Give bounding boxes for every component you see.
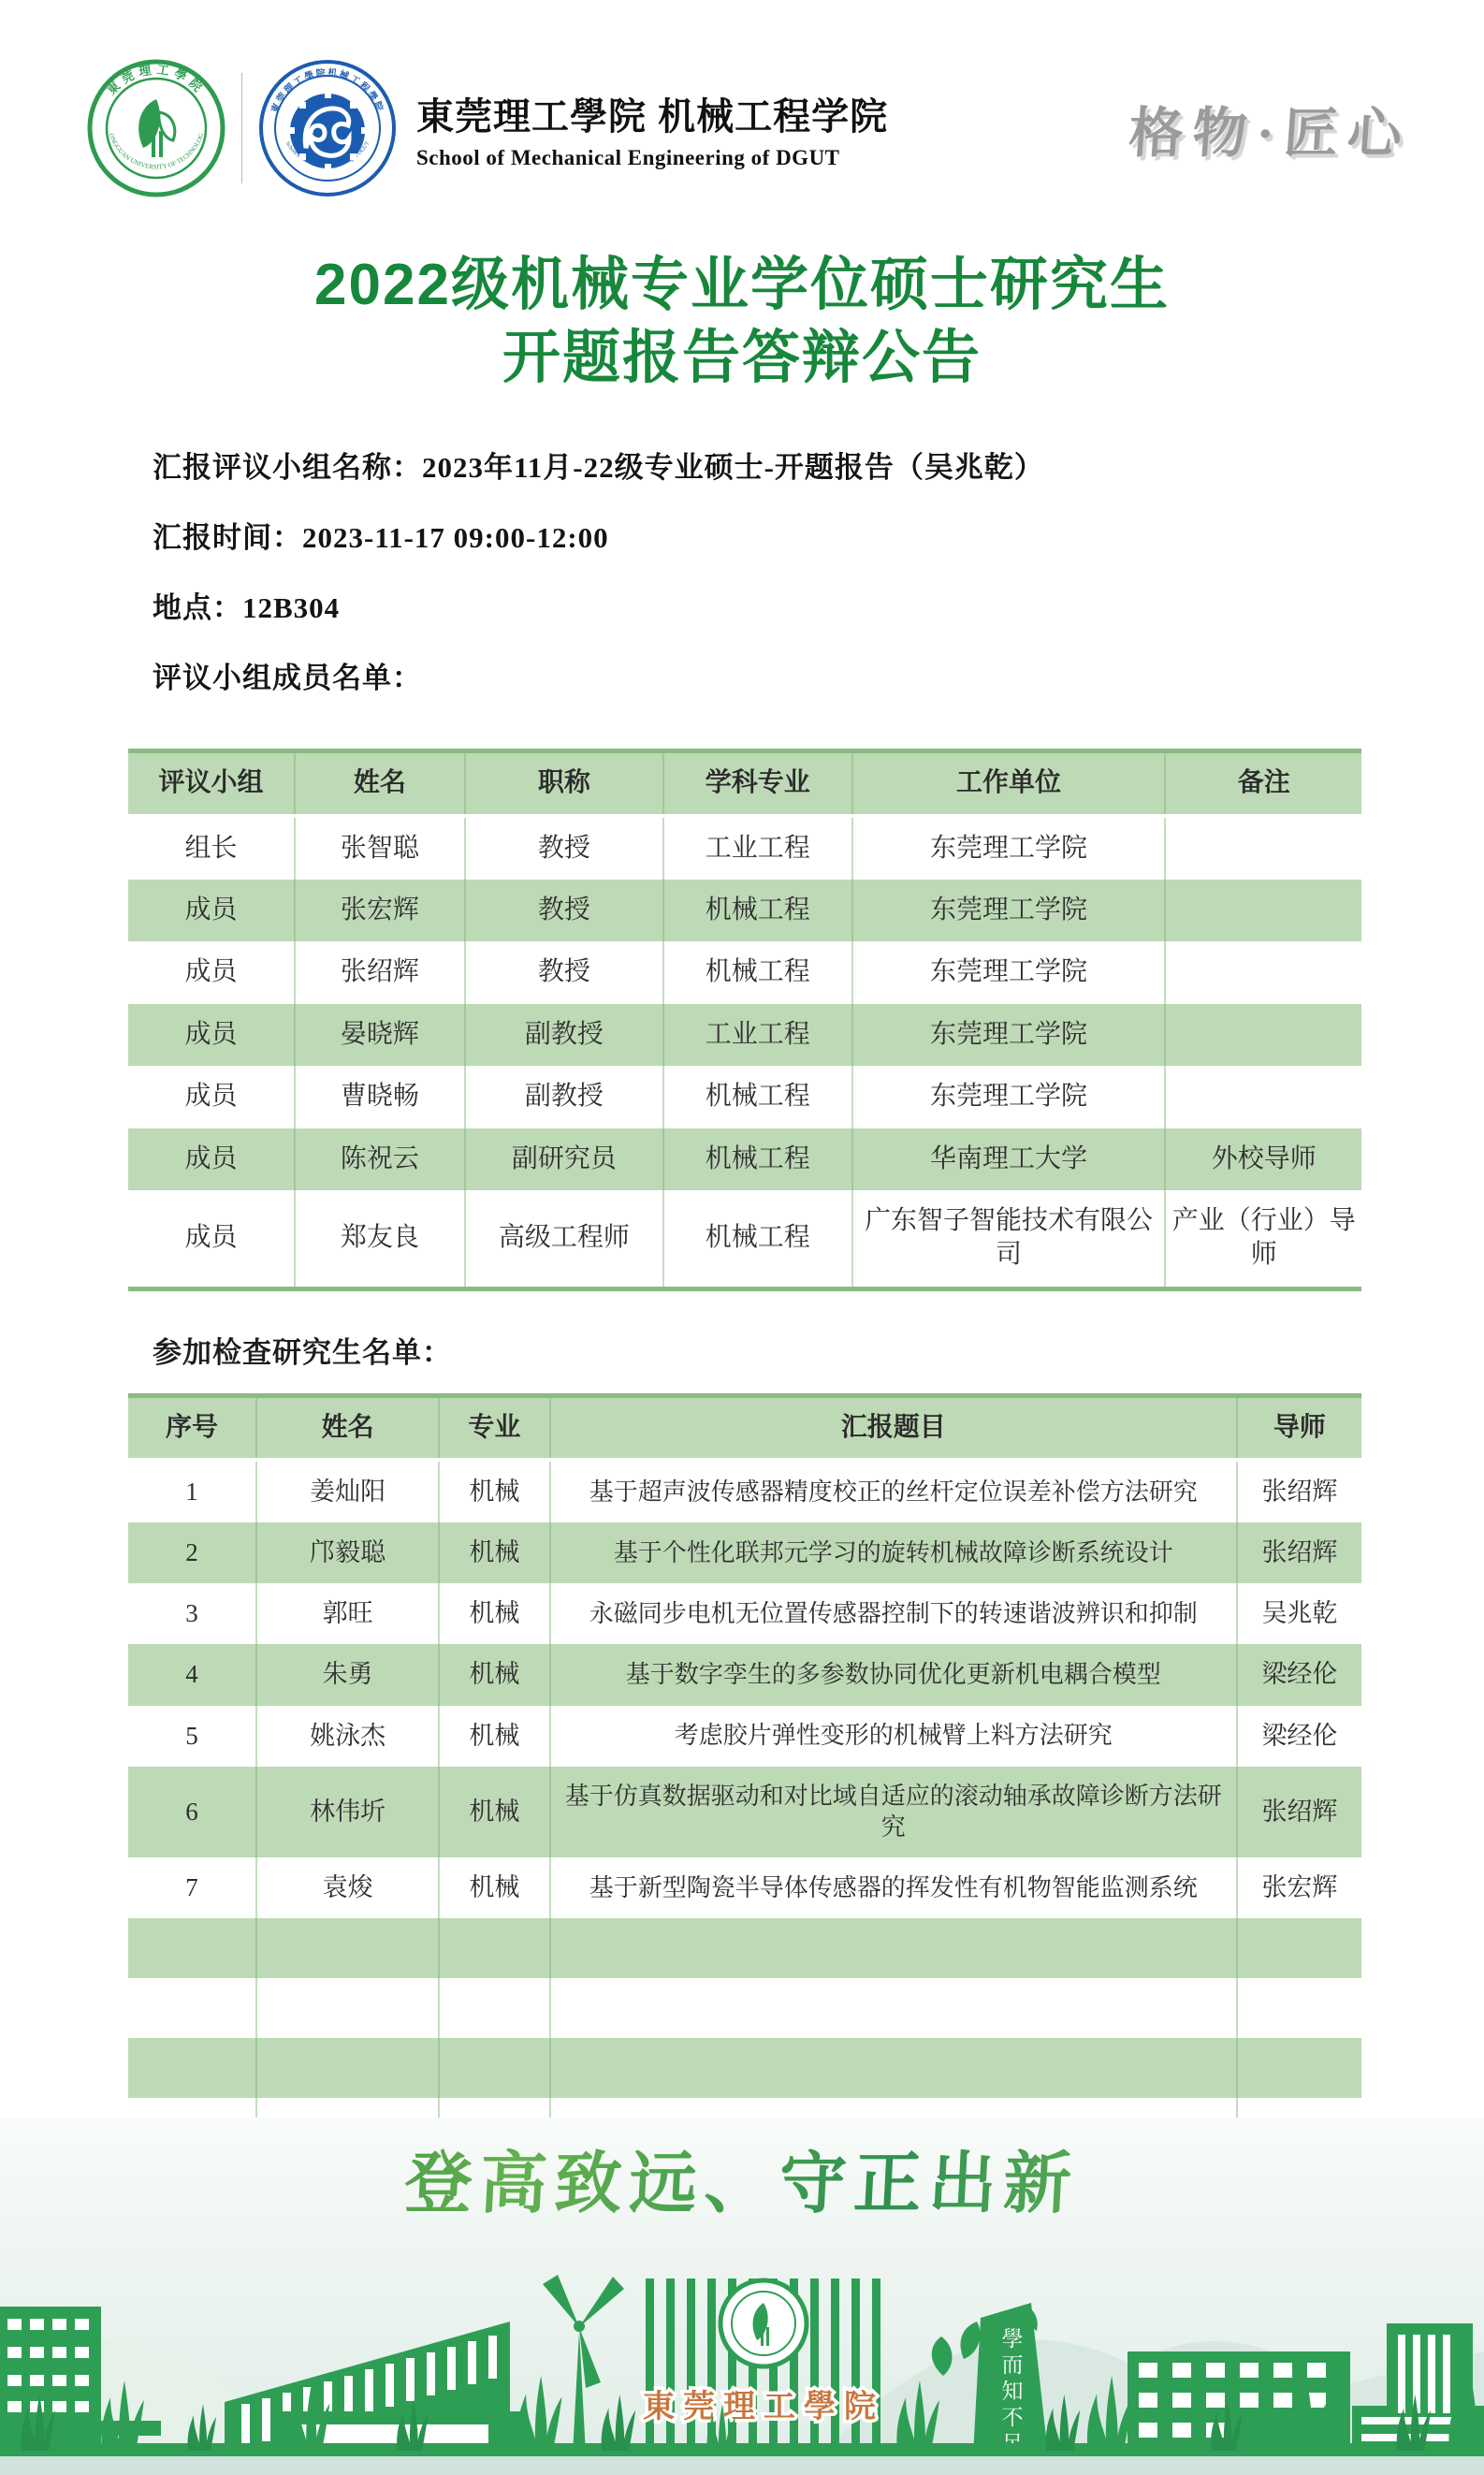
table-row: 成员曹晓畅副教授机械工程东莞理工学院 xyxy=(128,1066,1361,1128)
table-cell: 副研究员 xyxy=(465,1128,663,1190)
table-cell: 基于个性化联邦元学习的旋转机械故障诊断系统设计 xyxy=(550,1522,1237,1583)
column-header: 序号 xyxy=(128,1395,256,1460)
logo-divider xyxy=(241,73,242,183)
meeting-info: 汇报评议小组名称：2023年11月-22级专业硕士-开题报告（吴兆乾） 汇报时间… xyxy=(153,444,1484,696)
table-cell: 姜灿阳 xyxy=(256,1460,439,1522)
table-row: 1姜灿阳机械基于超声波传感器精度校正的丝杆定位误差补偿方法研究张绍辉 xyxy=(128,1460,1361,1522)
table-cell: 基于新型陶瓷半导体传感器的挥发性有机物智能监测系统 xyxy=(550,1857,1237,1918)
table-cell: 成员 xyxy=(128,941,295,1003)
column-header: 专业 xyxy=(439,1395,550,1460)
gate-emblem-icon xyxy=(720,2280,807,2366)
page-header: 東莞理工學院 DONGGUAN UNIVERSITY OF TECHNOLOGY xyxy=(0,0,1484,198)
table-cell: 5 xyxy=(128,1706,256,1767)
column-header: 学科专业 xyxy=(663,751,852,816)
table-cell: 机械 xyxy=(439,1767,550,1858)
table-cell: 东莞理工学院 xyxy=(852,941,1166,1003)
committee-table: 评议小组姓名职称学科专业工作单位备注组长张智聪教授工业工程东莞理工学院成员张宏辉… xyxy=(128,749,1361,1291)
table-cell: 机械 xyxy=(439,1583,550,1644)
location-label: 地点： xyxy=(153,591,242,624)
table-row: 成员陈祝云副研究员机械工程华南理工大学外校导师 xyxy=(128,1128,1361,1190)
table-cell xyxy=(1165,1066,1361,1128)
campus-gate: 東莞理工學院 xyxy=(643,2278,884,2454)
table-row: 5姚泳杰机械考虑胶片弹性变形的机械臂上料方法研究梁经伦 xyxy=(128,1706,1361,1767)
group-name-line: 汇报评议小组名称：2023年11月-22级专业硕士-开题报告（吴兆乾） xyxy=(153,444,1484,486)
table-cell: 教授 xyxy=(465,880,663,941)
table-cell xyxy=(1165,941,1361,1003)
table-cell: 梁经伦 xyxy=(1237,1706,1361,1767)
table-cell xyxy=(256,1918,439,1978)
table-cell: 7 xyxy=(128,1857,256,1918)
column-header: 姓名 xyxy=(295,751,465,816)
table-cell: 成员 xyxy=(128,1004,295,1066)
table-cell xyxy=(550,1978,1237,2038)
table-row: 成员郑友良高级工程师机械工程广东智子智能技术有限公司产业（行业）导师 xyxy=(128,1190,1361,1288)
table-cell: 张宏辉 xyxy=(295,880,465,941)
table-cell: 产业（行业）导师 xyxy=(1165,1190,1361,1288)
table-cell: 机械工程 xyxy=(663,941,852,1003)
table-cell xyxy=(128,1978,256,2038)
table-row: 3郭旺机械永磁同步电机无位置传感器控制下的转速谐波辨识和抑制吴兆乾 xyxy=(128,1583,1361,1644)
building-hall xyxy=(225,2322,522,2454)
mech-logo-gear-icon xyxy=(288,92,368,170)
table-cell: 基于仿真数据驱动和对比域自适应的滚动轴承故障诊断方法研究 xyxy=(550,1767,1237,1858)
table-cell: 基于数字孪生的多参数协同优化更新机电耦合模型 xyxy=(550,1644,1237,1705)
table-cell: 6 xyxy=(128,1767,256,1858)
monument-text: 學而知不足 xyxy=(999,2327,1024,2458)
table-cell xyxy=(256,1978,439,2038)
empty-table-row xyxy=(128,1978,1361,2038)
time-label: 汇报时间： xyxy=(153,521,302,554)
table-row: 7袁焌机械基于新型陶瓷半导体传感器的挥发性有机物智能监测系统张宏辉 xyxy=(128,1857,1361,1918)
ground-band xyxy=(0,2443,1484,2456)
table-cell xyxy=(128,2038,256,2098)
table-row: 4朱勇机械基于数字孪生的多参数协同优化更新机电耦合模型梁经伦 xyxy=(128,1644,1361,1705)
table-cell: 工业工程 xyxy=(663,1004,852,1066)
monument-stone: 學而知不足 xyxy=(973,2303,1048,2458)
table-cell xyxy=(439,2038,550,2098)
table-cell: 姚泳杰 xyxy=(256,1706,439,1767)
table-cell: 1 xyxy=(128,1460,256,1522)
column-header: 职称 xyxy=(465,751,663,816)
dgut-logo: 東莞理工學院 DONGGUAN UNIVERSITY OF TECHNOLOGY xyxy=(86,58,226,198)
announcement-poster: 東莞理工學院 DONGGUAN UNIVERSITY OF TECHNOLOGY xyxy=(0,0,1484,2161)
table-cell: 教授 xyxy=(465,816,663,880)
table-cell xyxy=(256,2038,439,2098)
table-cell xyxy=(1237,2038,1361,2098)
table-cell: 张宏辉 xyxy=(1237,1857,1361,1918)
students-table: 序号姓名专业汇报题目导师1姜灿阳机械基于超声波传感器精度校正的丝杆定位误差补偿方… xyxy=(128,1393,1361,2161)
table-cell: 外校导师 xyxy=(1165,1128,1361,1190)
location-value: 12B304 xyxy=(242,591,340,624)
bottom-strip xyxy=(0,2456,1484,2475)
school-names: 東莞理工學院 机械工程学院 School of Mechanical Engin… xyxy=(416,87,888,170)
table-cell: 工业工程 xyxy=(663,816,852,880)
table-cell: 东莞理工学院 xyxy=(852,880,1166,941)
table-cell: 副教授 xyxy=(465,1066,663,1128)
table-cell: 永磁同步电机无位置传感器控制下的转速谐波辨识和抑制 xyxy=(550,1583,1237,1644)
table-cell: 机械工程 xyxy=(663,880,852,941)
table-cell: 晏晓辉 xyxy=(295,1004,465,1066)
table-cell: 朱勇 xyxy=(256,1644,439,1705)
table-cell: 机械工程 xyxy=(663,1190,852,1288)
table-row: 组长张智聪教授工业工程东莞理工学院 xyxy=(128,816,1361,880)
table-header-row: 序号姓名专业汇报题目导师 xyxy=(128,1395,1361,1460)
table-cell: 林伟圻 xyxy=(256,1767,439,1858)
table-cell xyxy=(439,1918,550,1978)
table-cell: 郑友良 xyxy=(295,1190,465,1288)
table-cell: 机械工程 xyxy=(663,1066,852,1128)
table-cell: 组长 xyxy=(128,816,295,880)
column-header: 评议小组 xyxy=(128,751,295,816)
table-cell xyxy=(439,1978,550,2038)
time-line: 汇报时间：2023-11-17 09:00-12:00 xyxy=(153,514,1484,556)
table-cell: 机械 xyxy=(439,1522,550,1583)
table-cell: 机械 xyxy=(439,1460,550,1522)
table-cell: 张智聪 xyxy=(295,816,465,880)
decorative-footer: 登高致远、守正出新 xyxy=(0,2118,1484,2475)
page-title-line1: 2022级机械专业学位硕士研究生 xyxy=(0,249,1484,322)
committee-heading: 评议小组成员名单： xyxy=(153,654,1484,696)
table-cell: 高级工程师 xyxy=(465,1190,663,1288)
table-cell xyxy=(1165,1004,1361,1066)
footer-calligraphy: 登高致远、守正出新 xyxy=(0,2129,1484,2226)
table-row: 成员张绍辉教授机械工程东莞理工学院 xyxy=(128,941,1361,1003)
table-cell: 副教授 xyxy=(465,1004,663,1066)
table-cell: 机械工程 xyxy=(663,1128,852,1190)
table-cell: 张绍辉 xyxy=(295,941,465,1003)
empty-table-row xyxy=(128,2038,1361,2098)
table-cell: 广东智子智能技术有限公司 xyxy=(852,1190,1166,1288)
table-cell: 张绍辉 xyxy=(1237,1460,1361,1522)
table-cell: 张绍辉 xyxy=(1237,1767,1361,1858)
table-cell: 东莞理工学院 xyxy=(852,816,1166,880)
table-row: 成员晏晓辉副教授工业工程东莞理工学院 xyxy=(128,1004,1361,1066)
table-row: 6林伟圻机械基于仿真数据驱动和对比域自适应的滚动轴承故障诊断方法研究张绍辉 xyxy=(128,1767,1361,1858)
table-cell: 邝毅聪 xyxy=(256,1522,439,1583)
table-cell: 机械 xyxy=(439,1644,550,1705)
page-title: 2022级机械专业学位硕士研究生 开题报告答辩公告 xyxy=(0,249,1484,395)
table-cell: 成员 xyxy=(128,1128,295,1190)
students-heading: 参加检查研究生名单： xyxy=(153,1329,1484,1371)
table-header-row: 评议小组姓名职称学科专业工作单位备注 xyxy=(128,751,1361,816)
table-cell: 成员 xyxy=(128,1190,295,1288)
table-row: 成员张宏辉教授机械工程东莞理工学院 xyxy=(128,880,1361,941)
table-cell xyxy=(550,1918,1237,1978)
table-cell xyxy=(1237,1978,1361,2038)
mech-school-logo: 東莞理工學院机械工程學院 School of Mechanical Engine… xyxy=(257,58,398,198)
empty-table-row xyxy=(128,1918,1361,1978)
column-header: 汇报题目 xyxy=(550,1395,1237,1460)
table-cell: 梁经伦 xyxy=(1237,1644,1361,1705)
table-cell xyxy=(1237,1918,1361,1978)
table-cell xyxy=(1165,880,1361,941)
page-title-line2: 开题报告答辩公告 xyxy=(0,322,1484,395)
group-name-value: 2023年11月-22级专业硕士-开题报告（吴兆乾） xyxy=(422,451,1044,484)
table-cell: 成员 xyxy=(128,880,295,941)
location-line: 地点：12B304 xyxy=(153,584,1484,626)
time-value: 2023-11-17 09:00-12:00 xyxy=(302,521,609,554)
table-cell: 基于超声波传感器精度校正的丝杆定位误差补偿方法研究 xyxy=(550,1460,1237,1522)
table-cell: 东莞理工学院 xyxy=(852,1004,1166,1066)
table-cell: 机械 xyxy=(439,1857,550,1918)
table-cell: 袁焌 xyxy=(256,1857,439,1918)
column-header: 备注 xyxy=(1165,751,1361,816)
table-cell: 东莞理工学院 xyxy=(852,1066,1166,1128)
table-cell: 机械 xyxy=(439,1706,550,1767)
table-cell: 曹晓畅 xyxy=(295,1066,465,1128)
table-cell: 郭旺 xyxy=(256,1583,439,1644)
table-cell: 陈祝云 xyxy=(295,1128,465,1190)
school-name-cn: 東莞理工學院 机械工程学院 xyxy=(416,87,888,140)
motto-calligraphy: 格物·匠心 xyxy=(1127,89,1431,167)
table-cell: 华南理工大学 xyxy=(852,1128,1166,1190)
table-cell xyxy=(1165,816,1361,880)
school-name-en: School of Mechanical Engineering of DGUT xyxy=(416,146,888,170)
table-cell: 张绍辉 xyxy=(1237,1522,1361,1583)
table-cell: 教授 xyxy=(465,941,663,1003)
column-header: 导师 xyxy=(1237,1395,1361,1460)
table-cell xyxy=(550,2038,1237,2098)
table-cell: 考虑胶片弹性变形的机械臂上料方法研究 xyxy=(550,1706,1237,1767)
table-cell: 2 xyxy=(128,1522,256,1583)
table-row: 2邝毅聪机械基于个性化联邦元学习的旋转机械故障诊断系统设计张绍辉 xyxy=(128,1522,1361,1583)
column-header: 工作单位 xyxy=(852,751,1166,816)
table-cell: 成员 xyxy=(128,1066,295,1128)
group-name-label: 汇报评议小组名称： xyxy=(153,451,422,484)
table-cell: 4 xyxy=(128,1644,256,1705)
table-cell: 3 xyxy=(128,1583,256,1644)
gate-text: 東莞理工學院 xyxy=(643,2389,884,2424)
table-cell xyxy=(128,1918,256,1978)
table-cell: 吴兆乾 xyxy=(1237,1583,1361,1644)
column-header: 姓名 xyxy=(256,1395,439,1460)
